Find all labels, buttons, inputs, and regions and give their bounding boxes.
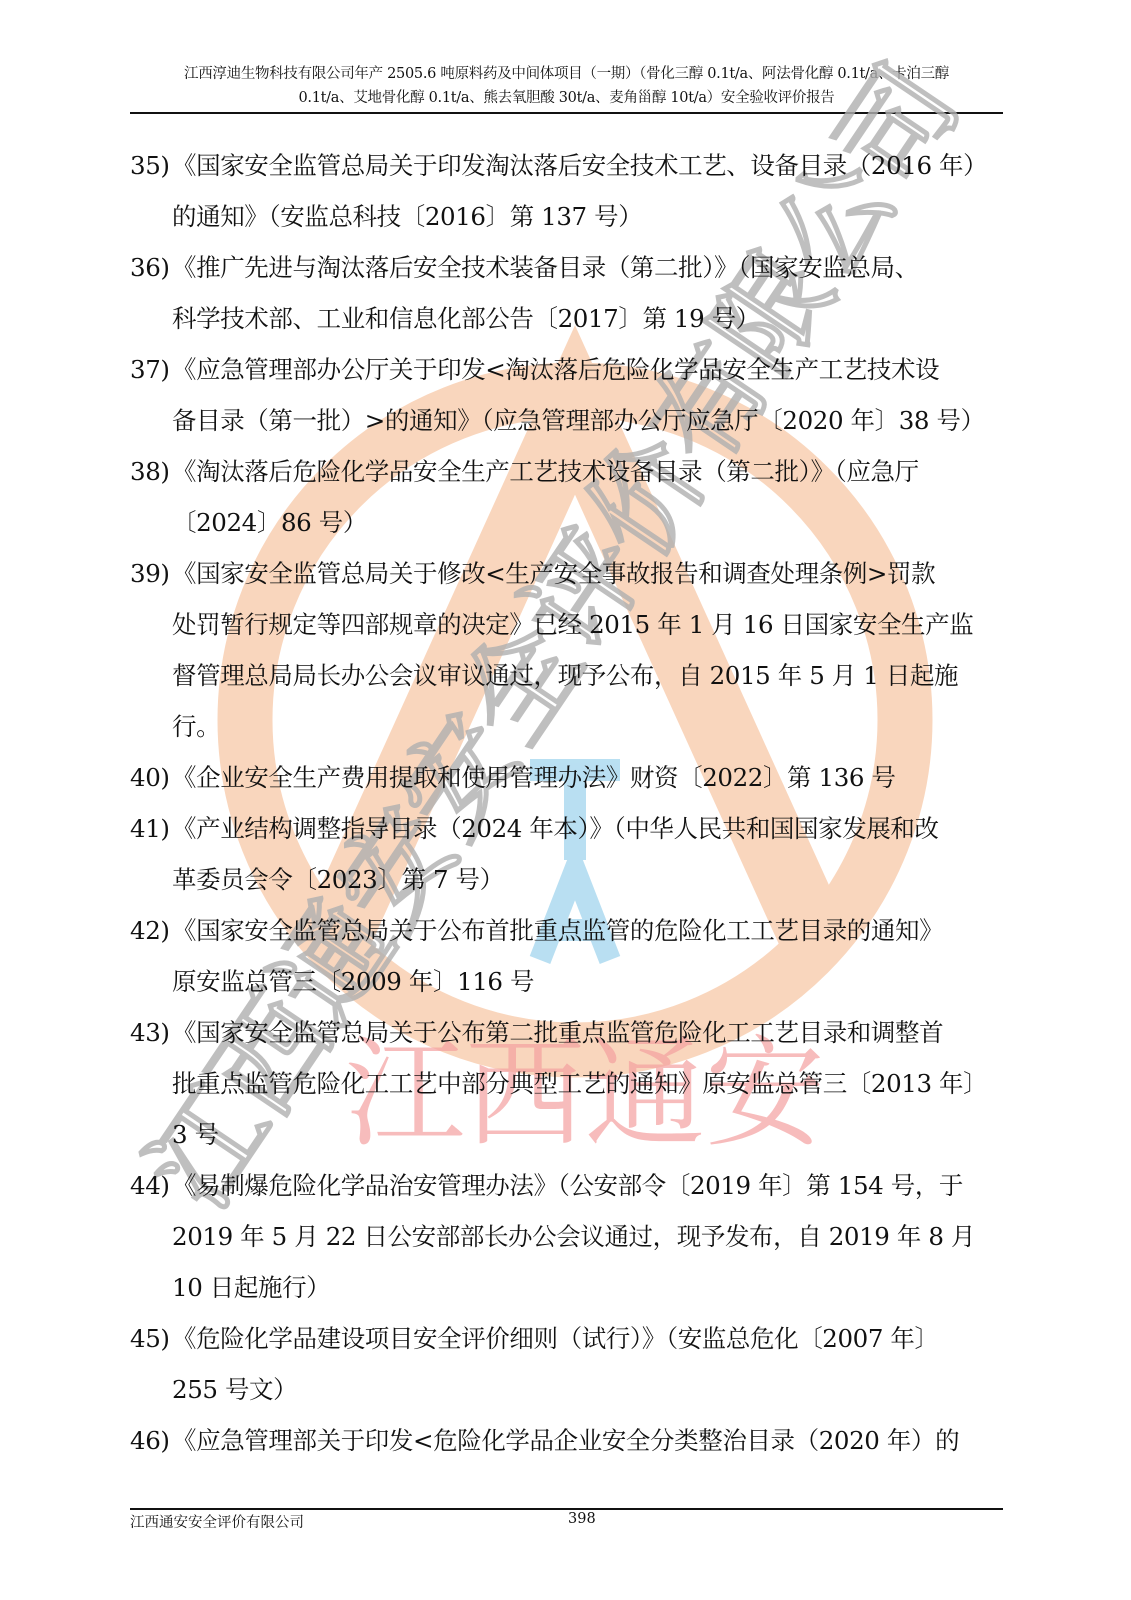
list-item-37: 37) 《应急管理部办公厅关于印发<淘汰落后危险化学品安全生产工艺技术设 备目录…	[130, 344, 1010, 446]
item-text-line: 督管理总局局长办公会议审议通过，现予公布，自 2015 年 5 月 1 日起施	[172, 650, 1010, 701]
item-text-line: 科学技术部、工业和信息化部公告〔2017〕第 19 号）	[172, 293, 1010, 344]
footer-company: 江西通安安全评价有限公司	[130, 1511, 304, 1532]
item-number: 46)	[130, 1415, 170, 1466]
item-text-line: 《易制爆危险化学品治安管理办法》（公安部令〔2019 年〕第 154 号，于	[172, 1160, 1010, 1211]
list-item-38: 38) 《淘汰落后危险化学品安全生产工艺技术设备目录（第二批）》（应急厅 〔20…	[130, 446, 1010, 548]
header-line-1: 江西淳迪生物科技有限公司年产 2505.6 吨原料药及中间体项目（一期）（骨化三…	[130, 62, 1003, 86]
item-text-line: 10 日起施行）	[172, 1262, 1010, 1313]
list-item-40: 40) 《企业安全生产费用提取和使用管理办法》财资〔2022〕第 136 号	[130, 752, 1010, 803]
item-number: 44)	[130, 1160, 170, 1211]
item-text-line: 2019 年 5 月 22 日公安部部长办公会议通过，现予发布，自 2019 年…	[172, 1211, 1010, 1262]
document-page: 江西淳迪生物科技有限公司年产 2505.6 吨原料药及中间体项目（一期）（骨化三…	[0, 0, 1131, 1600]
item-text-line: 《淘汰落后危险化学品安全生产工艺技术设备目录（第二批）》（应急厅	[172, 446, 1010, 497]
regulations-list: 35) 《国家安全监管总局关于印发淘汰落后安全技术工艺、设备目录（2016 年）…	[130, 140, 1010, 1466]
item-text-line: 处罚暂行规定等四部规章的决定》已经 2015 年 1 月 16 日国家安全生产监	[172, 599, 1010, 650]
list-item-35: 35) 《国家安全监管总局关于印发淘汰落后安全技术工艺、设备目录（2016 年）…	[130, 140, 1010, 242]
item-text-line: 《危险化学品建设项目安全评价细则（试行）》（安监总危化〔2007 年〕	[172, 1313, 1010, 1364]
header-line-2: 0.1t/a、艾地骨化醇 0.1t/a、熊去氧胆酸 30t/a、麦角甾醇 10t…	[130, 86, 1003, 110]
item-text-line: 革委员会令〔2023〕第 7 号）	[172, 854, 1010, 905]
item-text-line: 《国家安全监管总局关于公布第二批重点监管危险化工工艺目录和调整首	[172, 1007, 1010, 1058]
item-text-line: 行。	[172, 701, 1010, 752]
list-item-43: 43) 《国家安全监管总局关于公布第二批重点监管危险化工工艺目录和调整首 批重点…	[130, 1007, 1010, 1160]
item-text-line: 3 号	[172, 1109, 1010, 1160]
item-text-line: 《应急管理部办公厅关于印发<淘汰落后危险化学品安全生产工艺技术设	[172, 344, 1010, 395]
list-item-36: 36) 《推广先进与淘汰落后安全技术装备目录（第二批）》（国家安监总局、 科学技…	[130, 242, 1010, 344]
item-number: 42)	[130, 905, 170, 956]
list-item-45: 45) 《危险化学品建设项目安全评价细则（试行）》（安监总危化〔2007 年〕 …	[130, 1313, 1010, 1415]
item-number: 38)	[130, 446, 170, 497]
item-number: 35)	[130, 140, 170, 191]
item-text-line: 《国家安全监管总局关于印发淘汰落后安全技术工艺、设备目录（2016 年）	[172, 140, 1010, 191]
item-text-line: 《国家安全监管总局关于修改<生产安全事故报告和调查处理条例>罚款	[172, 548, 1010, 599]
item-number: 43)	[130, 1007, 170, 1058]
item-number: 41)	[130, 803, 170, 854]
report-header: 江西淳迪生物科技有限公司年产 2505.6 吨原料药及中间体项目（一期）（骨化三…	[130, 62, 1003, 110]
item-number: 45)	[130, 1313, 170, 1364]
item-text-line: 《企业安全生产费用提取和使用管理办法》财资〔2022〕第 136 号	[172, 752, 1010, 803]
item-text-line: 〔2024〕86 号）	[172, 497, 1010, 548]
list-item-42: 42) 《国家安全监管总局关于公布首批重点监管的危险化工工艺目录的通知》 原安监…	[130, 905, 1010, 1007]
item-text-line: 《国家安全监管总局关于公布首批重点监管的危险化工工艺目录的通知》	[172, 905, 1010, 956]
item-text-line: 《推广先进与淘汰落后安全技术装备目录（第二批）》（国家安监总局、	[172, 242, 1010, 293]
footer-divider	[130, 1508, 1003, 1510]
list-item-44: 44) 《易制爆危险化学品治安管理办法》（公安部令〔2019 年〕第 154 号…	[130, 1160, 1010, 1313]
item-number: 36)	[130, 242, 170, 293]
item-number: 39)	[130, 548, 170, 599]
item-text-line: 备目录（第一批）>的通知》（应急管理部办公厅应急厅〔2020 年〕38 号）	[172, 395, 1010, 446]
list-item-39: 39) 《国家安全监管总局关于修改<生产安全事故报告和调查处理条例>罚款 处罚暂…	[130, 548, 1010, 752]
header-divider	[130, 112, 1003, 114]
item-text-line: 原安监总管三〔2009 年〕116 号	[172, 956, 1010, 1007]
item-number: 40)	[130, 752, 170, 803]
item-text-line: 的通知》（安监总科技〔2016〕第 137 号）	[172, 191, 1010, 242]
list-item-41: 41) 《产业结构调整指导目录（2024 年本）》（中华人民共和国国家发展和改 …	[130, 803, 1010, 905]
item-text-line: 批重点监管危险化工工艺中部分典型工艺的通知》原安监总管三〔2013 年〕	[172, 1058, 1010, 1109]
item-text-line: 255 号文）	[172, 1364, 1010, 1415]
item-text-line: 《应急管理部关于印发<危险化学品企业安全分类整治目录（2020 年）的	[172, 1415, 1010, 1466]
page-number: 398	[568, 1511, 596, 1527]
item-number: 37)	[130, 344, 170, 395]
item-text-line: 《产业结构调整指导目录（2024 年本）》（中华人民共和国国家发展和改	[172, 803, 1010, 854]
list-item-46: 46) 《应急管理部关于印发<危险化学品企业安全分类整治目录（2020 年）的	[130, 1415, 1010, 1466]
